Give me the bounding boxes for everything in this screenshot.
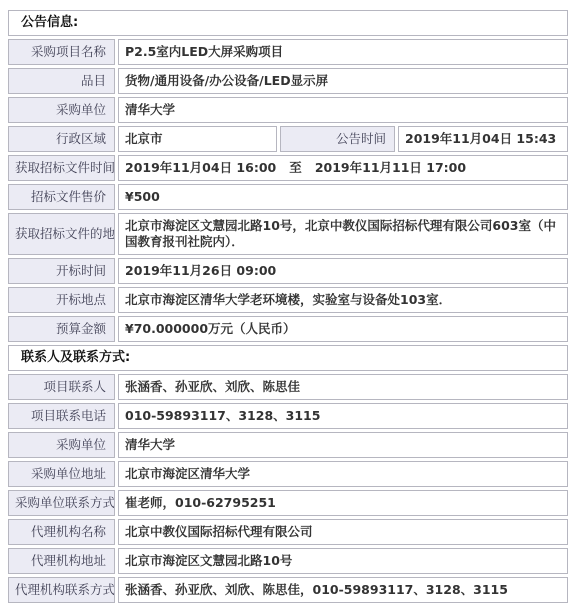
field-value-category: 货物/通用设备/办公设备/LED显示屏 (118, 68, 568, 94)
field-label-document-place: 获取招标文件的地点 (8, 213, 115, 255)
table-row: 采购单位 清华大学 (8, 97, 568, 123)
field-value-agency-name: 北京中教仪国际招标代理有限公司 (118, 519, 568, 545)
field-value-agency-address: 北京市海淀区文慧园北路10号 (118, 548, 568, 574)
table-row: 采购项目名称 P2.5室内LED大屏采购项目 (8, 39, 568, 65)
field-value-project-name: P2.5室内LED大屏采购项目 (118, 39, 568, 65)
table-row: 开标地点 北京市海淀区清华大学老环境楼，实验室与设备处103室． (8, 287, 568, 313)
table-row: 获取招标文件的地点 北京市海淀区文慧园北路10号，北京中教仪国际招标代理有限公司… (8, 213, 568, 255)
procurement-announcement-page: 公告信息: 采购项目名称 P2.5室内LED大屏采购项目 品目 货物/通用设备/… (0, 0, 573, 612)
field-label-purchaser-2: 采购单位 (8, 432, 115, 458)
field-label-bid-opening-time: 开标时间 (8, 258, 115, 284)
field-value-bid-opening-time: 2019年11月26日 09:00 (118, 258, 568, 284)
table-row: 行政区域 北京市 公告时间 2019年11月04日 15:43 (8, 126, 568, 152)
table-row: 项目联系电话 010-59893117、3128、3115 (8, 403, 568, 429)
field-label-document-price: 招标文件售价 (8, 184, 115, 210)
field-label-document-time: 获取招标文件时间 (8, 155, 115, 181)
table-row: 代理机构联系方式 张涵香、孙亚欣、刘欣、陈思佳，010-59893117、312… (8, 577, 568, 603)
table-row: 代理机构地址 北京市海淀区文慧园北路10号 (8, 548, 568, 574)
field-label-announce-time: 公告时间 (280, 126, 395, 152)
section-header-announcement: 公告信息: (8, 10, 568, 36)
field-value-budget: ¥70.000000万元（人民币） (118, 316, 568, 342)
field-label-project-phone: 项目联系电话 (8, 403, 115, 429)
field-label-project-contact: 项目联系人 (8, 374, 115, 400)
table-row: 品目 货物/通用设备/办公设备/LED显示屏 (8, 68, 568, 94)
table-row: 预算金额 ¥70.000000万元（人民币） (8, 316, 568, 342)
section-header-contacts: 联系人及联系方式: (8, 345, 568, 371)
field-label-purchaser-address: 采购单位地址 (8, 461, 115, 487)
field-label-agency-address: 代理机构地址 (8, 548, 115, 574)
field-value-agency-contact: 张涵香、孙亚欣、刘欣、陈思佳，010-59893117、3128、3115 (118, 577, 568, 603)
field-value-project-phone: 010-59893117、3128、3115 (118, 403, 568, 429)
field-label-purchaser: 采购单位 (8, 97, 115, 123)
announcement-info-table: 公告信息: 采购项目名称 P2.5室内LED大屏采购项目 品目 货物/通用设备/… (5, 7, 571, 606)
field-label-project-name: 采购项目名称 (8, 39, 115, 65)
field-label-purchaser-contact: 采购单位联系方式 (8, 490, 115, 516)
table-row: 项目联系人 张涵香、孙亚欣、刘欣、陈思佳 (8, 374, 568, 400)
field-value-document-time: 2019年11月04日 16:00 至 2019年11月11日 17:00 (118, 155, 568, 181)
table-row: 获取招标文件时间 2019年11月04日 16:00 至 2019年11月11日… (8, 155, 568, 181)
table-row: 采购单位地址 北京市海淀区清华大学 (8, 461, 568, 487)
table-row: 采购单位 清华大学 (8, 432, 568, 458)
table-row: 招标文件售价 ¥500 (8, 184, 568, 210)
section-header-row-announcement: 公告信息: (8, 10, 568, 36)
field-label-budget: 预算金额 (8, 316, 115, 342)
field-label-region: 行政区域 (8, 126, 115, 152)
field-value-purchaser-2: 清华大学 (118, 432, 568, 458)
field-value-bid-opening-place: 北京市海淀区清华大学老环境楼，实验室与设备处103室． (118, 287, 568, 313)
field-label-bid-opening-place: 开标地点 (8, 287, 115, 313)
field-value-document-price: ¥500 (118, 184, 568, 210)
field-value-project-contact: 张涵香、孙亚欣、刘欣、陈思佳 (118, 374, 568, 400)
field-value-purchaser-contact: 崔老师，010-62795251 (118, 490, 568, 516)
field-value-announce-time: 2019年11月04日 15:43 (398, 126, 568, 152)
section-header-row-contacts: 联系人及联系方式: (8, 345, 568, 371)
field-value-document-place: 北京市海淀区文慧园北路10号，北京中教仪国际招标代理有限公司603室（中国教育报… (118, 213, 568, 255)
field-label-category: 品目 (8, 68, 115, 94)
table-row: 代理机构名称 北京中教仪国际招标代理有限公司 (8, 519, 568, 545)
field-value-region: 北京市 (118, 126, 277, 152)
table-row: 开标时间 2019年11月26日 09:00 (8, 258, 568, 284)
field-label-agency-contact: 代理机构联系方式 (8, 577, 115, 603)
field-value-purchaser: 清华大学 (118, 97, 568, 123)
field-label-agency-name: 代理机构名称 (8, 519, 115, 545)
table-row: 采购单位联系方式 崔老师，010-62795251 (8, 490, 568, 516)
field-value-purchaser-address: 北京市海淀区清华大学 (118, 461, 568, 487)
